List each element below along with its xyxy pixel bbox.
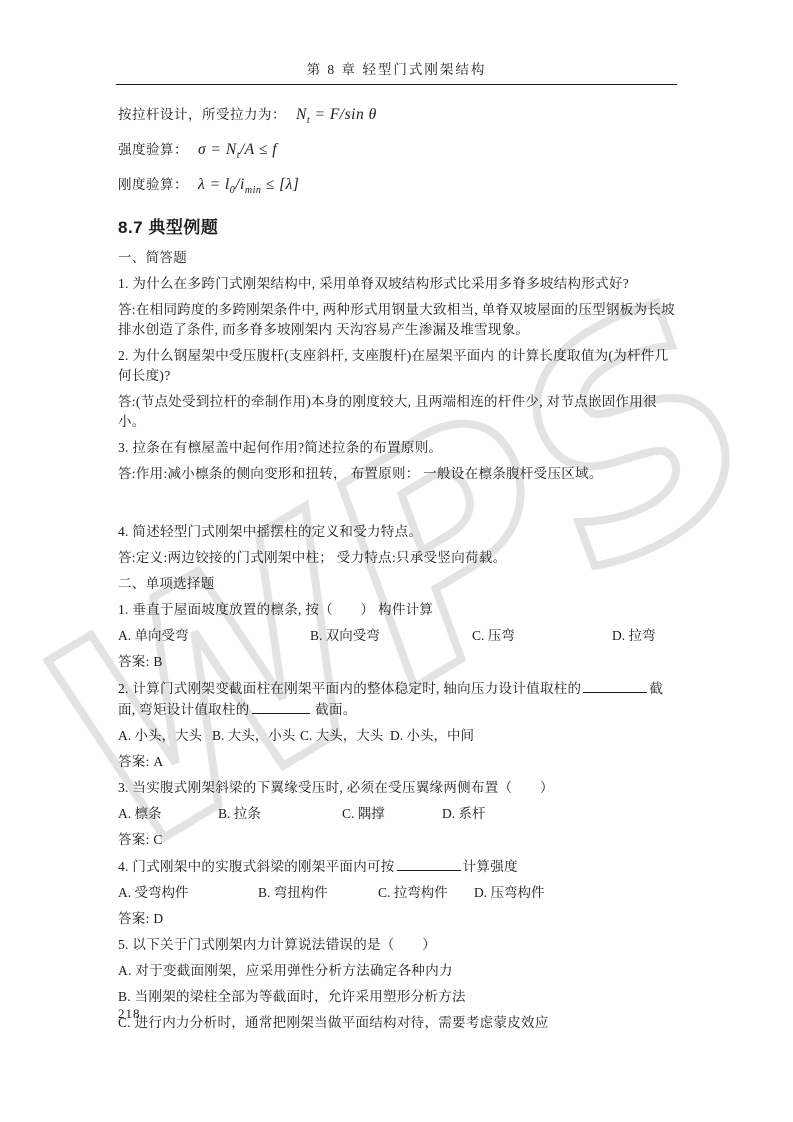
formula-label: 强度验算：: [118, 138, 188, 158]
mc1-question: 1. 垂直于屋面坡度放置的檩条, 按（ ） 构件计算: [118, 600, 680, 620]
sq-question-2: 2. 为什么钢屋架中受压腹杆(支座斜杆, 支座腹杆)在屋架平面内 的计算长度取值…: [118, 346, 680, 386]
mc3-option-c: C. 隅撑: [342, 804, 442, 824]
mc5-option-a: A. 对于变截面刚架，应采用弹性分析方法确定各种内力: [118, 961, 680, 981]
mc1-option-c: C. 压弯: [472, 626, 612, 646]
mc4-question: 4. 门式刚架中的实腹式斜梁的刚架平面内可按计算强度: [118, 856, 680, 877]
mc1-answer: 答案: B: [118, 652, 680, 672]
formula-stiffness: 刚度验算： λ = l0/imin ≤ [λ]: [118, 173, 680, 197]
sq-question-4: 4. 简述轻型门式刚架中摇摆柱的定义和受力特点。: [118, 522, 680, 542]
mc2-option-b: B. 大头，小头: [212, 726, 300, 746]
formula-label: 按拉杆设计，所受拉力为：: [118, 103, 286, 123]
part1-heading: 一、简答题: [118, 248, 680, 268]
mc4-option-a: A. 受弯构件: [118, 883, 258, 903]
mc3-question: 3. 当实腹式刚架斜梁的下翼缘受压时, 必须在受压翼缘两侧布置（ ）: [118, 778, 680, 798]
fill-in-blank: [583, 678, 647, 693]
sq-answer-3: 答:作用:减小檩条的侧向变形和扭转， 布置原则： 一般设在檩条腹杆受压区域。: [118, 464, 680, 484]
mc4-answer: 答案: D: [118, 909, 680, 929]
header-divider: [116, 84, 677, 85]
mc2-option-d: D. 小头，中间: [390, 726, 474, 746]
document-page: WPS 第 8 章 轻型门式刚架结构 按拉杆设计，所受拉力为： Nt = F/s…: [0, 0, 793, 1122]
mc3-options: A. 檩条 B. 拉条 C. 隅撑 D. 系杆: [118, 804, 680, 824]
mc3-option-d: D. 系杆: [442, 804, 486, 824]
fill-in-blank: [252, 699, 310, 714]
section-heading: 8.7 典型例题: [118, 213, 680, 238]
mc4-option-b: B. 弯扭构件: [258, 883, 378, 903]
page-content: 按拉杆设计，所受拉力为： Nt = F/sin θ 强度验算： σ = Nt/A…: [118, 92, 680, 1039]
mc4-question-part1: 4. 门式刚架中的实腹式斜梁的刚架平面内可按: [118, 859, 395, 874]
formula-math: λ = l0/imin ≤ [λ]: [198, 176, 299, 196]
mc4-option-c: C. 拉弯构件: [378, 883, 474, 903]
mc1-option-d: D. 拉弯: [612, 626, 656, 646]
sq-question-3: 3. 拉条在有檩屋盖中起何作用?简述拉条的布置原则。: [118, 438, 680, 458]
mc2-options: A. 小头，大头 B. 大头，小头 C. 大头，大头 D. 小头，中间: [118, 726, 680, 746]
mc1-options: A. 单向受弯 B. 双向受弯 C. 压弯 D. 拉弯: [118, 626, 680, 646]
mc5-option-c: C. 进行内力分析时，通常把刚架当做平面结构对待，需要考虑蒙皮效应: [118, 1013, 680, 1033]
mc2-question-part3: 截面。: [315, 702, 356, 717]
mc4-option-d: D. 压弯构件: [474, 883, 545, 903]
page-header: 第 8 章 轻型门式刚架结构: [0, 58, 793, 78]
sq-answer-2: 答:(节点处受到拉杆的牵制作用)本身的刚度较大, 且两端相连的杆件少, 对节点嵌…: [118, 392, 680, 432]
formula-tension: 按拉杆设计，所受拉力为： Nt = F/sin θ: [118, 103, 680, 127]
fill-in-blank: [397, 856, 461, 871]
mc4-question-part2: 计算强度: [463, 859, 518, 874]
mc1-option-a: A. 单向受弯: [118, 626, 310, 646]
mc5-question: 5. 以下关于门式刚架内力计算说法错误的是（ ）: [118, 935, 680, 955]
sq-answer-4: 答:定义:两边铰接的门式刚架中柱； 受力特点:只承受竖向荷载。: [118, 548, 680, 568]
page-number: 218: [118, 1006, 141, 1022]
formula-math: Nt = F/sin θ: [296, 106, 377, 126]
sq-question-1: 1. 为什么在多跨门式刚架结构中, 采用单脊双坡结构形式比采用多脊多坡结构形式好…: [118, 274, 680, 294]
mc2-answer: 答案: A: [118, 752, 680, 772]
sq-answer-1: 答:在相同跨度的多跨刚架条件中, 两种形式用钢量大致相当, 单脊双坡屋面的压型钢…: [118, 300, 680, 340]
mc3-answer: 答案: C: [118, 830, 680, 850]
formula-strength: 强度验算： σ = Nt/A ≤ f: [118, 138, 680, 162]
mc1-option-b: B. 双向受弯: [310, 626, 472, 646]
mc2-question-part1: 2. 计算门式刚架变截面柱在刚架平面内的整体稳定时, 轴向压力设计值取柱的: [118, 681, 581, 696]
mc5-option-b: B. 当刚架的梁柱全部为等截面时，允许采用塑形分析方法: [118, 987, 680, 1007]
formula-label: 刚度验算：: [118, 173, 188, 193]
mc2-option-c: C. 大头，大头: [300, 726, 390, 746]
mc2-option-a: A. 小头，大头: [118, 726, 212, 746]
formula-math: σ = Nt/A ≤ f: [198, 141, 277, 161]
mc3-option-b: B. 拉条: [218, 804, 342, 824]
mc3-option-a: A. 檩条: [118, 804, 218, 824]
mc4-options: A. 受弯构件 B. 弯扭构件 C. 拉弯构件 D. 压弯构件: [118, 883, 680, 903]
mc2-question: 2. 计算门式刚架变截面柱在刚架平面内的整体稳定时, 轴向压力设计值取柱的截面,…: [118, 678, 680, 720]
part2-heading: 二、单项选择题: [118, 574, 680, 594]
